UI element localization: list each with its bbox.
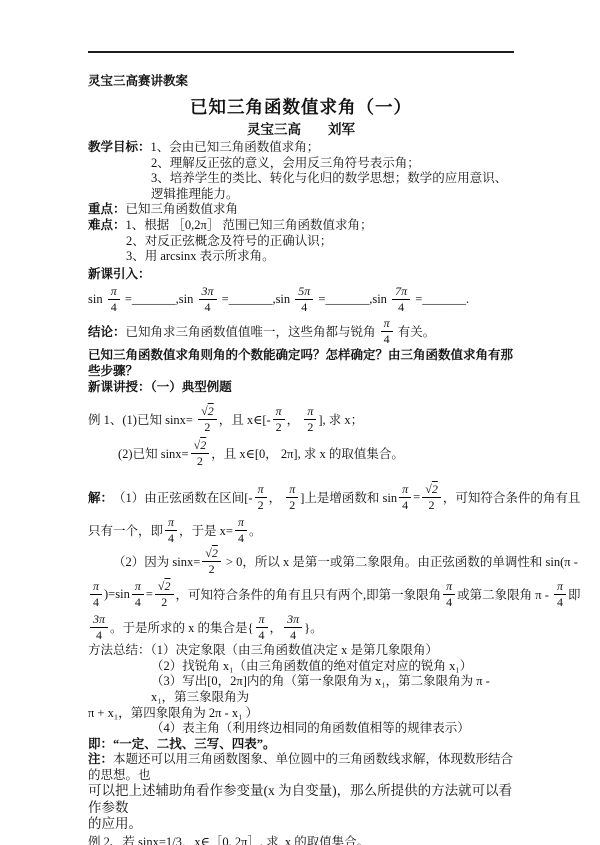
mnemonic-line: 即：“一定、二找、三写、四表”。 [88,737,514,753]
objectives-label: 教学目标： [88,140,151,154]
fraction: π2 [304,405,316,433]
fraction: 5π4 [295,285,313,313]
objective-item: 2、理解反正弦的意义，会用反三角符号表示角； [88,156,514,172]
example1-line-1: 例 1、(1)已知 sinx= √22，且 x∈[-π2， π2], 求 x； [88,401,514,437]
intro-heading: 新课引入： [88,267,514,283]
sqrt-fraction: √22 [198,405,217,433]
key-point-line: 重点：已知三角函数值求角 [88,202,514,218]
byline: 灵宝三高 刘军 [88,121,514,138]
example1-line-2: (2)已知 sinx=√22，且 x∈[0， 2π], 求 x 的取值集合。 [88,437,514,469]
difficulty-item: 2、对反正弦概念及符号的正确认识； [88,234,514,250]
fraction: π2 [286,483,298,511]
summary-line-1: 方法总结：（1）决定象限（由三角函数值决定 x 是第几象限角） [88,643,514,659]
header-note: 灵宝三高赛讲教案 [88,74,514,89]
page-title: 已知三角函数值求角（一） [88,96,514,118]
fraction: 7π4 [392,285,410,313]
fraction: π4 [554,580,566,608]
fraction: π4 [108,285,120,313]
note-line-3: 的应用。 [88,816,514,833]
note-line-2: 可以把上述辅助角看作参变量(x 为自变量)，那么所提供的方法就可以看作参数 [88,783,514,816]
fraction: π2 [255,483,267,511]
solution-line-2: 只有一个，即π4，于是 x=π4。 [88,515,514,545]
sqrt-fraction: √22 [202,547,221,575]
difficulty-item: 3、用 arcsinx 表示所求角。 [88,249,514,265]
fraction: π4 [165,516,177,544]
objective-item: 1、会由已知三角函数值求角； [151,140,320,154]
conclusion-line: 结论：已知角求三角函数值值唯一，这些角都与锐角 π4 有关。 [88,316,514,346]
summary-item: （4）表主角（利用终边相同的角函数值相等的规律表示） [88,721,514,737]
sqrt-fraction: √22 [191,439,210,467]
lecture-heading: 新课讲授：（一）典型例题 [88,380,514,396]
difficulties-label: 难点： [88,218,126,232]
sqrt-fraction: √22 [155,580,174,608]
objectives-line-1: 教学目标：1、会由已知三角函数值求角； [88,140,514,156]
solution-line-1: 解：（1）由正弦函数在区间[-π2， π2]上是增函数和 sinπ4=√22，可… [88,479,514,515]
question-line: 已知三角函数值求角则角的个数能确定吗？怎样确定？由三角函数值求角有那些步骤？ [88,348,514,379]
key-point-label: 重点： [88,202,126,216]
summary-item-continuation: π + x₁，第四象限角为 2π - x₁ ） [88,706,514,722]
fraction: π4 [132,580,144,608]
fraction: 3π4 [199,285,217,313]
fraction: 3π4 [284,613,302,641]
solution-line-4: π4)=sinπ4=√22，可知符合条件的角有且只有两个,即第一象限角π4或第二… [88,577,514,611]
fraction: π4 [235,516,247,544]
objective-item: 3、培养学生的类比、转化与化归的数学思想；数学的应用意识、逻辑推理能力。 [88,171,514,202]
solution-line-5: 3π4。于是所求的 x 的集合是{π4，3π4}。 [88,611,514,643]
fraction: π2 [273,405,285,433]
fraction: π4 [256,613,268,641]
key-point-text: 已知三角函数值求角 [126,202,239,216]
sqrt-fraction: √22 [422,483,441,511]
fraction: π4 [399,483,411,511]
example2-line: 例 2、若 sinx=1/3，x∈［0, 2π］, 求 x 的取值集合。 [88,835,514,845]
lesson-plan-page: 灵宝三高赛讲教案 已知三角函数值求角（一） 灵宝三高 刘军 教学目标：1、会由已… [0,0,600,845]
top-rule [88,51,514,53]
fraction: 3π4 [90,613,108,641]
fraction: π4 [443,580,455,608]
fraction: π4 [90,580,102,608]
difficulty-item: 1、根据 ［0,2π］ 范围已知三角函数值求角； [126,218,373,232]
note-label: 注： [88,752,113,766]
note-text: 本题还可以用三角函数图象、单位圆中的三角函数线求解，体现数形结合的思想。也 [88,752,513,782]
summary-item: （1）决定象限（由三角函数值决定 x 是第几象限角） [151,643,439,657]
summary-item: （3）写出[0，2π]内的角（第一象限角为 x₁，第二象限角为 π - x₁，第… [88,674,514,705]
summary-item: （2）找锐角 x₁（由三角函数值的绝对值定对应的锐角 x₁） [88,659,514,675]
summary-label: 方法总结： [88,643,151,657]
fraction: π4 [381,317,393,345]
intro-formula-line: sin π4 =_______,sin 3π4 =_______,sin 5π4… [88,282,514,316]
difficulties-line-1: 难点：1、根据 ［0,2π］ 范围已知三角函数值求角； [88,218,514,234]
note-line-1: 注：本题还可以用三角函数图象、单位圆中的三角函数线求解，体现数形结合的思想。也 [88,752,514,783]
solution-line-3: （2）因为 sinx=√22 > 0，所以 x 是第一或第二象限角。由正弦函数的… [88,545,514,577]
